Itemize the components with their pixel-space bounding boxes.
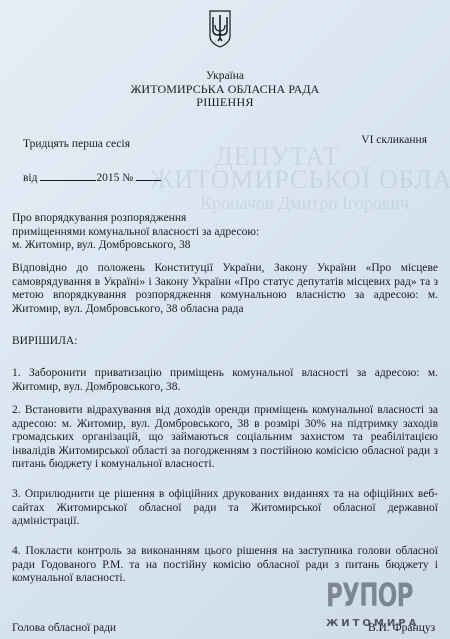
- decision-item: 1. Заборонити приватизацію приміщень ком…: [12, 367, 438, 394]
- document-type: РІШЕННЯ: [0, 96, 450, 109]
- bleed-through-text: ЖИТОМИРСЬКОЇ ОБЛАСНОЇ РАДИ: [150, 165, 450, 195]
- preamble-paragraph: Відповідно до положень Конституції Украї…: [12, 262, 438, 316]
- document-header: Україна ЖИТОМИРСЬКА ОБЛАСНА РАДА РІШЕННЯ: [0, 70, 450, 109]
- bleed-through-text: ДЕПУТАТ: [215, 142, 340, 172]
- date-number-line: від 2015 №: [23, 171, 161, 184]
- decided-label: ВИРІШИЛА:: [12, 335, 77, 347]
- session-label: Тридцять перша сесія: [23, 138, 130, 150]
- decision-item: 4. Покласти контроль за виконанням цього…: [12, 545, 438, 586]
- signatory-title: Голова обласної ради: [12, 622, 116, 634]
- date-prefix: від: [23, 172, 37, 184]
- decision-item: 2. Встановити відрахування від доходів о…: [12, 404, 438, 472]
- convocation-label: VI скликання: [361, 134, 427, 146]
- decision-subject: Про впорядкування розпорядження приміщен…: [12, 212, 259, 253]
- bleed-through-text: Кропачов Дмитро Ігорович: [200, 193, 409, 214]
- document-page: ДЕПУТАТ ЖИТОМИРСЬКОЇ ОБЛАСНОЇ РАДИ Кропа…: [0, 0, 450, 639]
- date-blank: [40, 171, 96, 181]
- decision-item: 3. Оприлюднити це рішення в офіційних др…: [12, 488, 438, 529]
- date-year-number: 2015 №: [96, 172, 133, 184]
- subject-line: приміщеннями комунальної власності за ад…: [12, 226, 259, 240]
- subject-line: Про впорядкування розпорядження: [12, 212, 259, 226]
- number-blank: [136, 171, 161, 181]
- subject-line: м. Житомир, вул. Домбровського, 38: [12, 239, 259, 253]
- trident-coat-of-arms-icon: [208, 10, 232, 48]
- signatory-name: В.И. Француз: [368, 622, 435, 634]
